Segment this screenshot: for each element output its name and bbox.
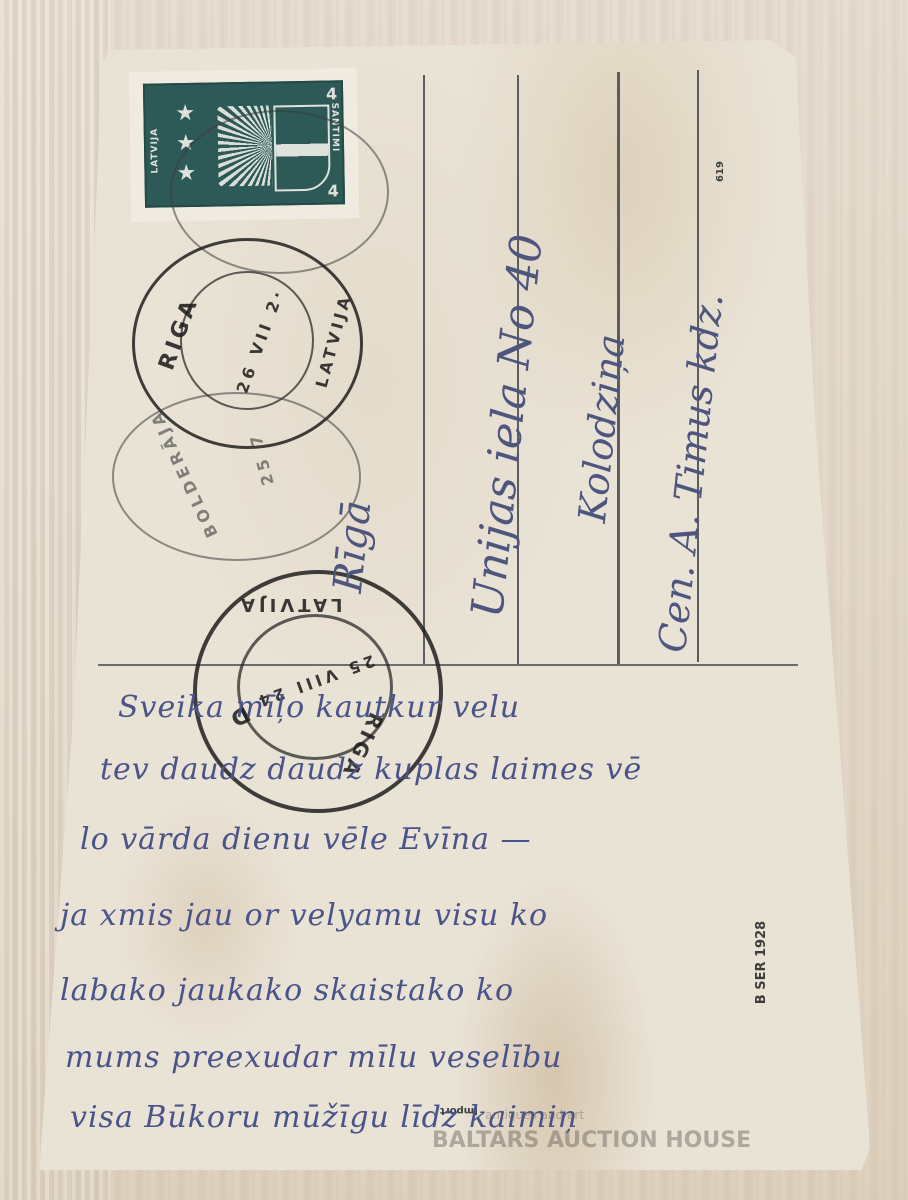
postmark-bolderaja: BOLDERĀJA 25 7 (112, 392, 361, 561)
card-number: 619 (715, 161, 726, 182)
postmark-country: LATVIJA (237, 594, 343, 615)
address-divider-line (423, 75, 425, 665)
address-line: Rīgā (325, 498, 380, 595)
watermark-subline: antiques and art (485, 1108, 584, 1122)
stamp-country-label: LATVIJA (150, 128, 161, 174)
auction-house-watermark: BALTARS AUCTION HOUSE (432, 1128, 751, 1153)
star-icon: ★ (175, 103, 195, 125)
message-line: Sveika mīļo kautkur velu (118, 690, 520, 725)
postmark-country: LATVIJA (312, 291, 355, 390)
message-line: mums preexudar mīlu veselību (65, 1040, 562, 1075)
message-line: lo vārda dienu vēle Evīna — (80, 822, 532, 857)
stamp-value-top: 4 (326, 84, 337, 103)
series-mark: B SER 1928 (754, 921, 769, 1004)
postmark-town: BOLDERĀJA (146, 406, 222, 540)
message-line: ja xmis jau or velyamu visu ko (60, 898, 548, 933)
message-line: labako jaukako skaistako ko (60, 973, 514, 1008)
message-line: tev daudz daudz kuplas laimes vē (100, 752, 642, 787)
postmark-date: 25 7 (245, 429, 278, 487)
